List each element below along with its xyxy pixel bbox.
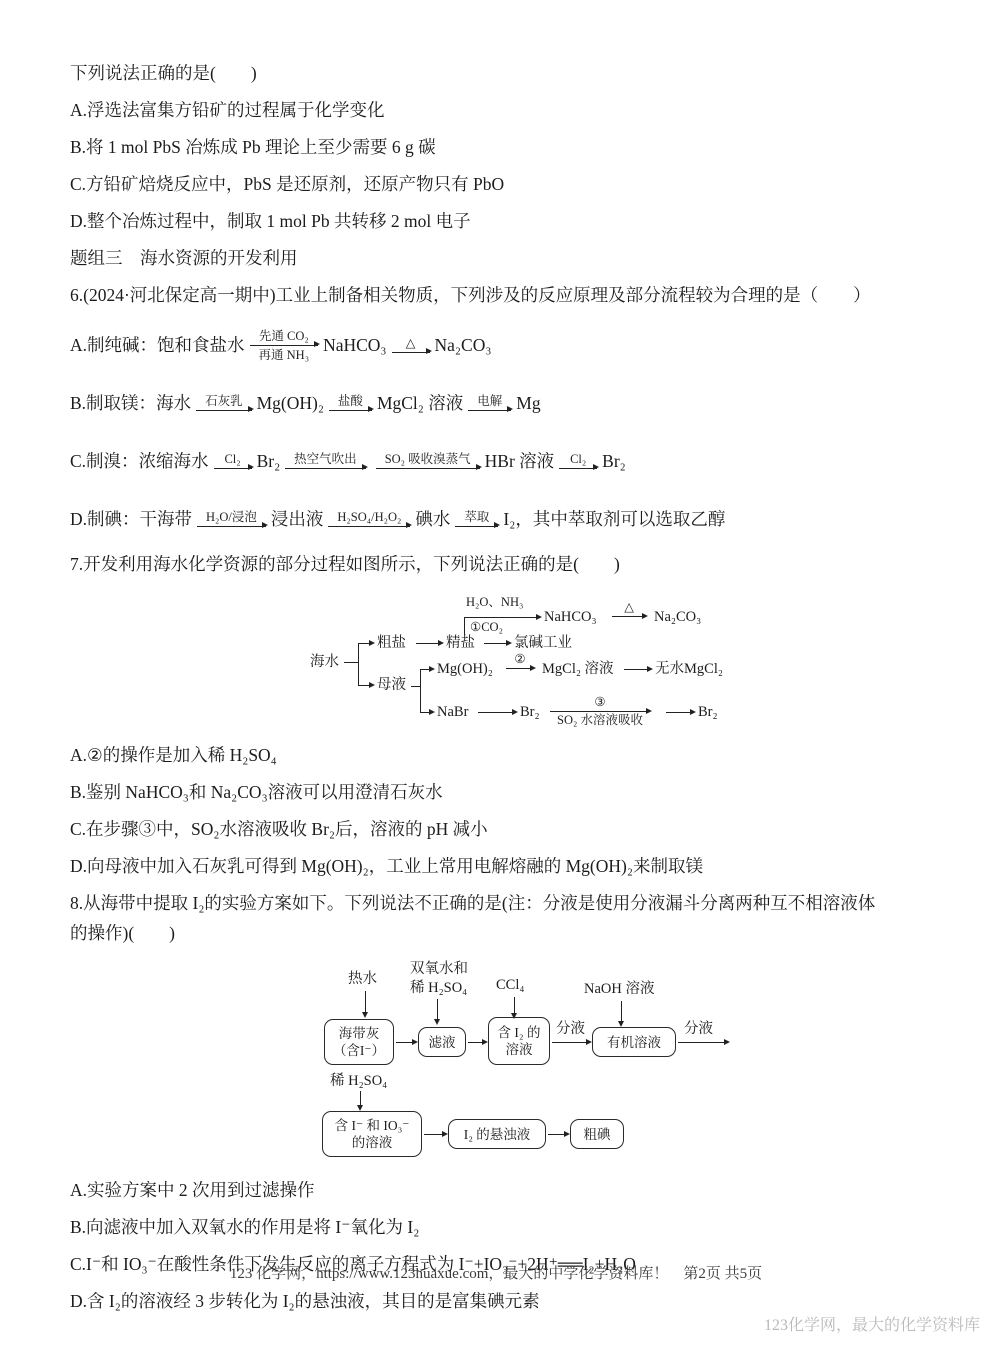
reaction-arrow: H₂SO₄/H₂O₂	[328, 510, 410, 529]
arrow-shaft	[550, 711, 650, 712]
flow-node: Na₂CO₃	[435, 336, 492, 354]
arrow-label-top: 盐酸	[329, 394, 372, 408]
reaction-arrow: SO₂ 吸收溴蒸气	[376, 452, 480, 471]
label-separate: 分液	[556, 1021, 585, 1037]
q6-stem: 6.(2024·河北保定高一期中)工业上制备相关物质，下列涉及的反应原理及部分流…	[70, 286, 922, 304]
flow-node: 浸出液	[271, 510, 324, 528]
flow-node: 干海带	[140, 510, 193, 528]
arrow-label-top: 热空气吹出	[285, 452, 366, 466]
box-organic-solution: 有机溶液	[592, 1027, 676, 1057]
flow-node: Br₂	[257, 452, 281, 470]
flow-node: Br₂	[602, 452, 626, 470]
box-filtrate: 滤液	[418, 1027, 466, 1057]
box-iodine-suspension: I₂ 的悬浊液	[448, 1119, 546, 1149]
reaction-arrow: ②	[506, 652, 534, 670]
flow-arrow	[468, 1042, 486, 1043]
reaction-arrow: 石灰乳	[196, 394, 252, 413]
arrow-shaft	[468, 410, 511, 411]
flow-node: Mg	[516, 394, 540, 412]
box-text: 含 I⁻ 和 IO₃⁻	[335, 1117, 410, 1134]
q8-option-d: D.含 I₂的溶液经 3 步转化为 I₂的悬浊液，其目的是富集碘元素	[70, 1292, 922, 1310]
flow-arrow	[420, 712, 433, 713]
diagram-node-nahco3: NaHCO₃	[544, 609, 597, 625]
box-kelp-ash: 海带灰 （含I⁻）	[324, 1019, 394, 1065]
arrow-label-bottom: 再通 NH₃	[250, 348, 319, 362]
arrow-label-top: 电解	[468, 394, 511, 408]
arrow-shaft	[329, 410, 372, 411]
step2-label: ②	[508, 652, 531, 667]
flow-tail-text: ，其中萃取剂可以选取乙醇	[515, 510, 725, 528]
reaction-arrow: 萃取	[455, 510, 498, 529]
diagram-node-mother-liquor: 母液	[377, 677, 406, 693]
connector-line	[358, 643, 359, 685]
reagent-hot-water: 热水	[348, 971, 377, 987]
q5-option-b: B.将 1 mol PbS 冶炼成 Pb 理论上至少需要 6 g 碳	[70, 138, 922, 156]
reagent-naoh: NaOH 溶液	[584, 981, 654, 997]
reaction-arrow: 盐酸	[329, 394, 372, 413]
flow-arrow	[478, 712, 516, 713]
flow-node: 浓缩海水	[139, 452, 209, 470]
flow-arrow	[420, 669, 433, 670]
reagent-peroxide-line1: 双氧水和	[410, 961, 468, 977]
arrow-shaft	[612, 616, 646, 617]
q8-iodine-extraction-diagram: 热水 海带灰 （含I⁻） 双氧水和 稀 H₂SO₄ 滤液 CCl₄ 含 I₂ 的…	[318, 961, 798, 1165]
arrow-label-top: SO₂ 吸收溴蒸气	[376, 452, 480, 466]
diagram-node-refined-salt: 精盐	[446, 635, 475, 651]
flow-arrow	[464, 617, 540, 618]
flow-arrow	[552, 1042, 590, 1043]
flow-arrow	[358, 643, 373, 644]
flow-arrow	[666, 712, 694, 713]
arrow-shaft	[214, 468, 252, 469]
arrow-shaft	[455, 526, 498, 527]
flow-arrow	[424, 1134, 446, 1135]
q7-option-a: A.②的操作是加入稀 H₂SO₄	[70, 746, 922, 764]
q5-option-c: C.方铅矿焙烧反应中，PbS 是还原剂，还原产物只有 PbO	[70, 175, 922, 193]
q5-option-a: A.浮选法富集方铅矿的过程属于化学变化	[70, 101, 922, 119]
q7-seawater-diagram: 海水 粗盐 精盐 氯碱工业 H₂O、NH₃ ①CO₂ NaHCO₃ △ Na₂C…	[310, 592, 790, 734]
reaction-arrow: △	[392, 336, 430, 355]
connector-line	[420, 669, 421, 712]
reaction-arrow: Cl₂	[559, 452, 597, 471]
connector-line	[411, 686, 420, 687]
option-label: C.制溴：	[70, 452, 139, 470]
arrow-label-bottom: SO₂ 水溶液吸收	[551, 713, 649, 728]
page-content: 下列说法正确的是( ) A.浮选法富集方铅矿的过程属于化学变化 B.将 1 mo…	[0, 0, 992, 1310]
flow-arrow	[678, 1042, 728, 1043]
diagram-node-br2-final: Br₂	[698, 704, 718, 720]
flow-node: HBr 溶液	[485, 452, 555, 470]
diagram-node-na2co3: Na₂CO₃	[654, 609, 701, 625]
flow-node: 碘水	[415, 510, 450, 528]
q7-option-b: B.鉴别 NaHCO₃和 Na₂CO₃溶液可以用澄清石灰水	[70, 783, 922, 801]
q7-option-c: C.在步骤③中，SO₂水溶液吸收 Br₂后，溶液的 pH 减小	[70, 820, 922, 838]
reaction-arrow: ③ SO₂ 水溶液吸收	[550, 695, 650, 728]
box-text: 的溶液	[352, 1134, 393, 1151]
q5-stem: 下列说法正确的是( )	[70, 64, 922, 82]
delta-icon: △	[397, 336, 425, 350]
q7-option-d: D.向母液中加入石灰乳可得到 Mg(OH)₂，工业上常用电解熔融的 Mg(OH)…	[70, 857, 922, 875]
reagent-peroxide-line2: 稀 H₂SO₄	[410, 980, 467, 996]
down-arrow	[621, 1001, 622, 1025]
q6-option-d: D.制碘： 干海带 H₂O/浸泡 浸出液 H₂SO₄/H₂O₂ 碘水 萃取 I₂…	[70, 497, 922, 541]
arrow-shaft	[285, 468, 366, 469]
flow-arrow	[358, 685, 373, 686]
box-iodine-solution: 含 I₂ 的 溶液	[488, 1017, 550, 1065]
arrow-label-top: 萃取	[455, 510, 498, 524]
flow-arrow	[624, 669, 651, 670]
q7-stem: 7.开发利用海水化学资源的部分过程如图所示，下列说法正确的是( )	[70, 555, 922, 573]
arrow-label-top: Cl₂	[561, 452, 595, 466]
down-arrow	[360, 1091, 361, 1109]
box-text: 海带灰	[339, 1025, 380, 1042]
document-page: 下列说法正确的是( ) A.浮选法富集方铅矿的过程属于化学变化 B.将 1 mo…	[0, 0, 992, 1347]
arrow-label-top: H₂O、NH₃	[466, 595, 523, 609]
arrow-shaft	[197, 526, 266, 527]
q8-stem-line2: 的操作)( )	[70, 924, 922, 942]
watermark: 123化学网，最大的化学资料库	[764, 1312, 980, 1335]
arrow-shaft	[559, 468, 597, 469]
connector-line	[344, 662, 358, 663]
diagram-node-chloralkali: 氯碱工业	[514, 635, 572, 651]
q8-option-a: A.实验方案中 2 次用到过滤操作	[70, 1181, 922, 1199]
arrow-shaft	[196, 410, 252, 411]
diagram-node-anhydrous-mgcl2: 无水MgCl₂	[655, 661, 723, 677]
arrow-shaft	[506, 668, 534, 669]
q5-option-d: D.整个冶炼过程中，制取 1 mol Pb 共转移 2 mol 电子	[70, 212, 922, 230]
box-text: 滤液	[429, 1034, 456, 1051]
down-arrow	[437, 999, 438, 1023]
flow-node: 饱和食盐水	[157, 336, 245, 354]
flow-arrow	[484, 643, 510, 644]
reaction-arrow: 电解	[468, 394, 511, 413]
flow-node: Mg(OH)₂	[257, 394, 324, 412]
diagram-node-nabr: NaBr	[437, 704, 468, 720]
q8-stem-line1: 8.从海带中提取 I₂的实验方案如下。下列说法不正确的是(注：分液是使用分液漏斗…	[70, 894, 922, 912]
q6-option-c: C.制溴： 浓缩海水 Cl₂ Br₂ 热空气吹出 SO₂ 吸收溴蒸气 HBr 溶…	[70, 439, 922, 483]
diagram-node-mgcl2: MgCl₂ 溶液	[542, 661, 614, 677]
down-arrow	[365, 991, 366, 1016]
connector-line	[464, 617, 465, 635]
arrow-label-top: H₂SO₄/H₂O₂	[328, 510, 410, 524]
arrow-label-top: 先通 CO₂	[250, 329, 318, 343]
reagent-ccl4: CCl₄	[496, 977, 524, 993]
diagram-node-br2: Br₂	[520, 704, 540, 720]
q6-option-b: B.制取镁： 海水 石灰乳 Mg(OH)₂ 盐酸 MgCl₂ 溶液 电解 Mg	[70, 381, 922, 425]
q6-option-a: A.制纯碱： 饱和食盐水 先通 CO₂ 再通 NH₃ NaHCO₃ △ Na₂C…	[70, 323, 922, 367]
q8-option-b: B.向滤液中加入双氧水的作用是将 I⁻氧化为 I₂	[70, 1218, 922, 1236]
reaction-arrow: △	[612, 600, 646, 618]
down-arrow	[514, 997, 515, 1017]
arrow-shaft	[376, 468, 480, 469]
box-crude-iodine: 粗碘	[570, 1119, 624, 1149]
arrow-shaft	[328, 526, 410, 527]
box-iodide-iodate-solution: 含 I⁻ 和 IO₃⁻ 的溶液	[322, 1111, 422, 1157]
box-text: 有机溶液	[607, 1034, 661, 1051]
topic-group-header: 题组三 海水资源的开发利用	[70, 249, 922, 267]
arrow-shaft	[392, 352, 430, 353]
flow-arrow	[548, 1134, 568, 1135]
reagent-dilute-acid: 稀 H₂SO₄	[330, 1073, 387, 1089]
step3-label: ③	[588, 695, 611, 710]
arrow-label-top: Cl₂	[215, 452, 249, 466]
diagram-node-seawater: 海水	[310, 654, 339, 670]
arrow-label-top: 石灰乳	[196, 394, 252, 408]
arrow-label-top: H₂O/浸泡	[197, 510, 266, 524]
option-label: D.制碘：	[70, 510, 140, 528]
delta-icon: △	[618, 600, 640, 615]
box-text: （含I⁻）	[333, 1042, 385, 1059]
flow-node: NaHCO₃	[323, 336, 386, 354]
reaction-arrow: H₂O/浸泡	[197, 510, 266, 529]
reaction-arrow: 先通 CO₂ 再通 NH₃	[250, 329, 319, 362]
reaction-arrow: Cl₂	[214, 452, 252, 471]
box-text: I₂ 的悬浊液	[464, 1126, 531, 1143]
flow-node: I₂	[503, 510, 515, 528]
diagram-node-mgoh2: Mg(OH)₂	[437, 661, 493, 677]
diagram-node-crude-salt: 粗盐	[377, 635, 406, 651]
flow-node: 海水	[156, 394, 191, 412]
label-separate: 分液	[684, 1021, 713, 1037]
flow-arrow	[396, 1042, 416, 1043]
arrow-shaft	[250, 345, 319, 346]
reaction-arrow: 热空气吹出	[285, 452, 366, 471]
box-text: 含 I₂ 的	[498, 1024, 541, 1041]
flow-arrow	[416, 643, 442, 644]
page-footer: 123 化学网，https://www.123huaxue.com，最大的中学化…	[0, 1262, 992, 1283]
option-label: B.制取镁：	[70, 394, 156, 412]
arrow-label-bottom: ①CO₂	[470, 620, 503, 634]
flow-node: MgCl₂ 溶液	[377, 394, 463, 412]
box-text: 溶液	[506, 1041, 533, 1058]
option-label: A.制纯碱：	[70, 336, 157, 354]
box-text: 粗碘	[584, 1126, 611, 1143]
